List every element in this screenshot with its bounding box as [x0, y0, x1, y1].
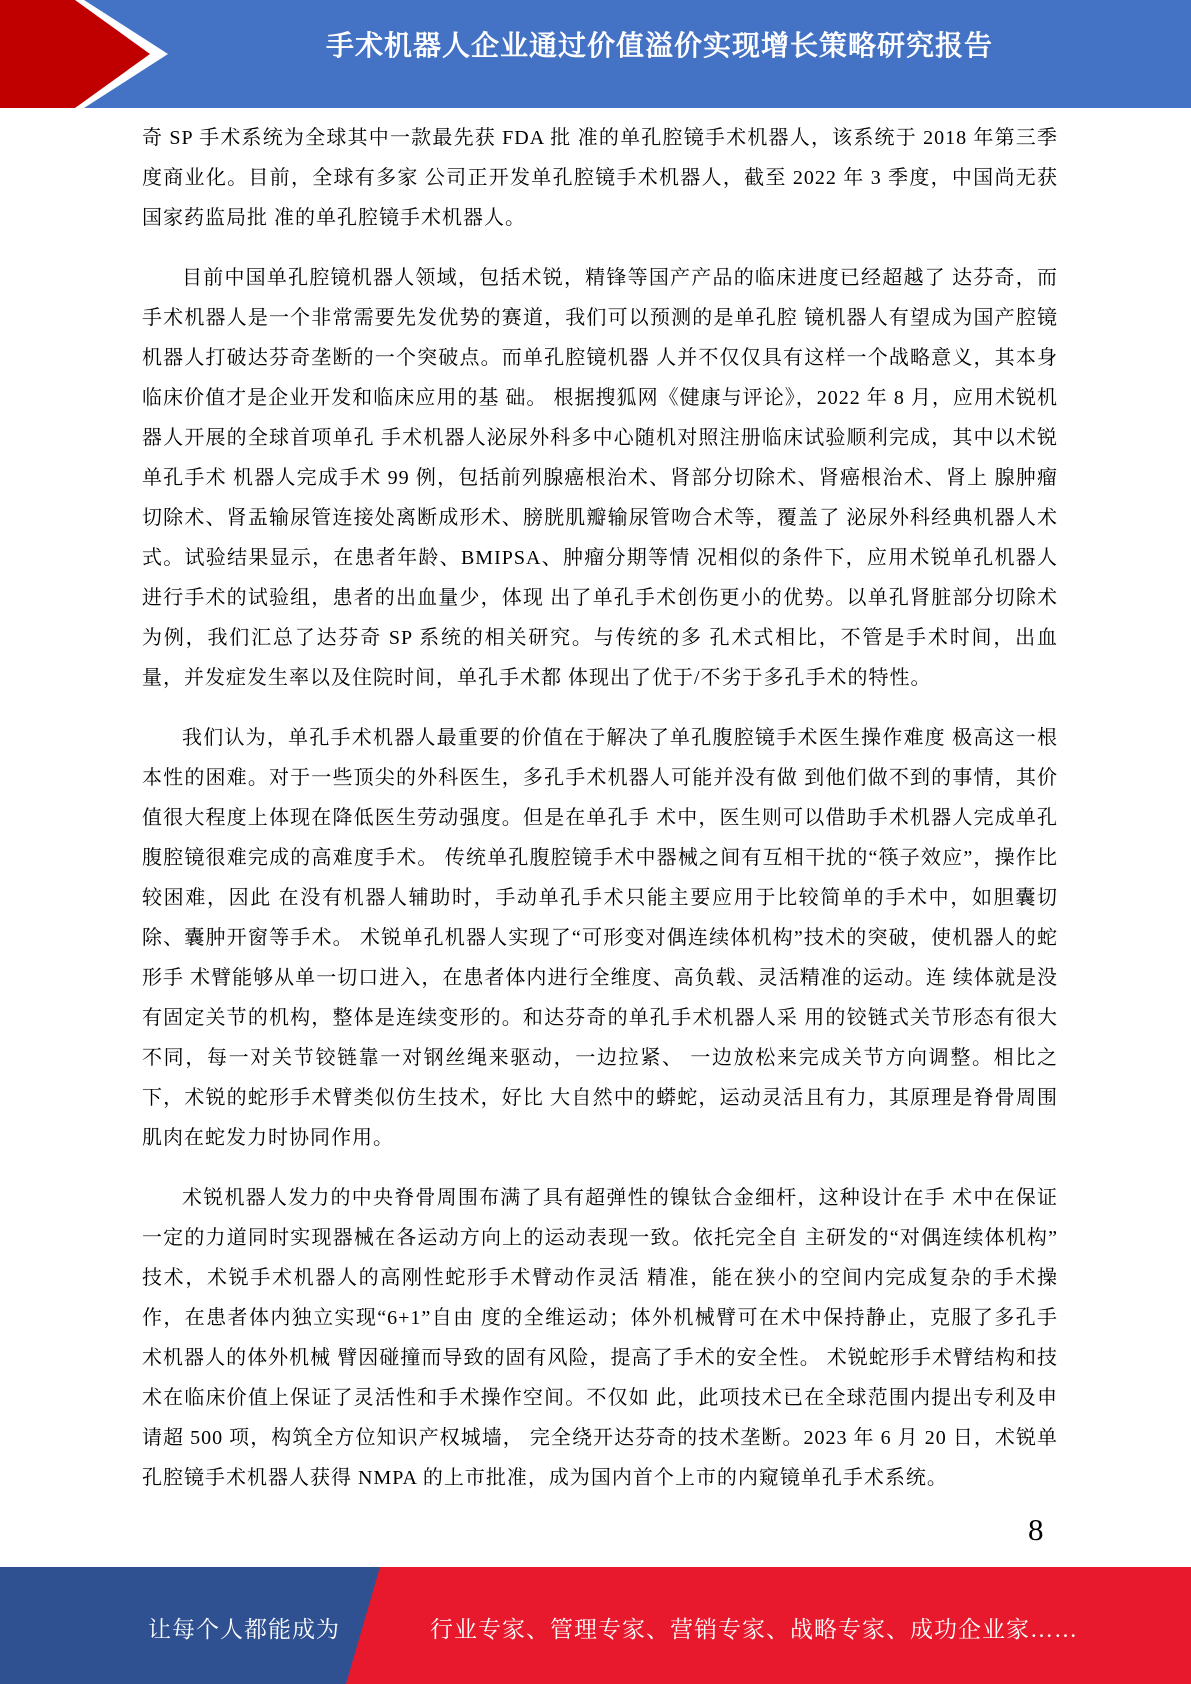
page-number: 8: [1028, 1512, 1044, 1548]
chevron-arrow-red: [0, 0, 150, 108]
page-title: 手术机器人企业通过价值溢价实现增长策略研究报告: [168, 24, 1151, 64]
chevron-arrow-icon: [0, 0, 168, 108]
body-paragraph: 术锐机器人发力的中央脊骨周围布满了具有超弹性的镍钛合金细杆，这种设计在手 术中在…: [142, 1178, 1058, 1498]
body-paragraph: 奇 SP 手术系统为全球其中一款最先获 FDA 批 准的单孔腔镜手术机器人，该系…: [142, 118, 1058, 238]
footer-slogan-left: 让每个人都能成为: [148, 1611, 340, 1644]
footer-banner: 让每个人都能成为 行业专家、管理专家、营销专家、战略专家、成功企业家……: [0, 1567, 1191, 1684]
body-paragraph: 目前中国单孔腔镜机器人领域，包括术锐，精锋等国产产品的临床进度已经超越了 达芬奇…: [142, 258, 1058, 698]
footer-slogan-right: 行业专家、管理专家、营销专家、战略专家、成功企业家……: [430, 1611, 1078, 1644]
body-paragraph: 我们认为，单孔手术机器人最重要的价值在于解决了单孔腹腔镜手术医生操作难度 极高这…: [142, 718, 1058, 1158]
report-page: 手术机器人企业通过价值溢价实现增长策略研究报告 奇 SP 手术系统为全球其中一款…: [0, 0, 1191, 1684]
header-banner: 手术机器人企业通过价值溢价实现增长策略研究报告: [0, 0, 1191, 108]
document-body: 奇 SP 手术系统为全球其中一款最先获 FDA 批 准的单孔腔镜手术机器人，该系…: [142, 118, 1058, 1518]
